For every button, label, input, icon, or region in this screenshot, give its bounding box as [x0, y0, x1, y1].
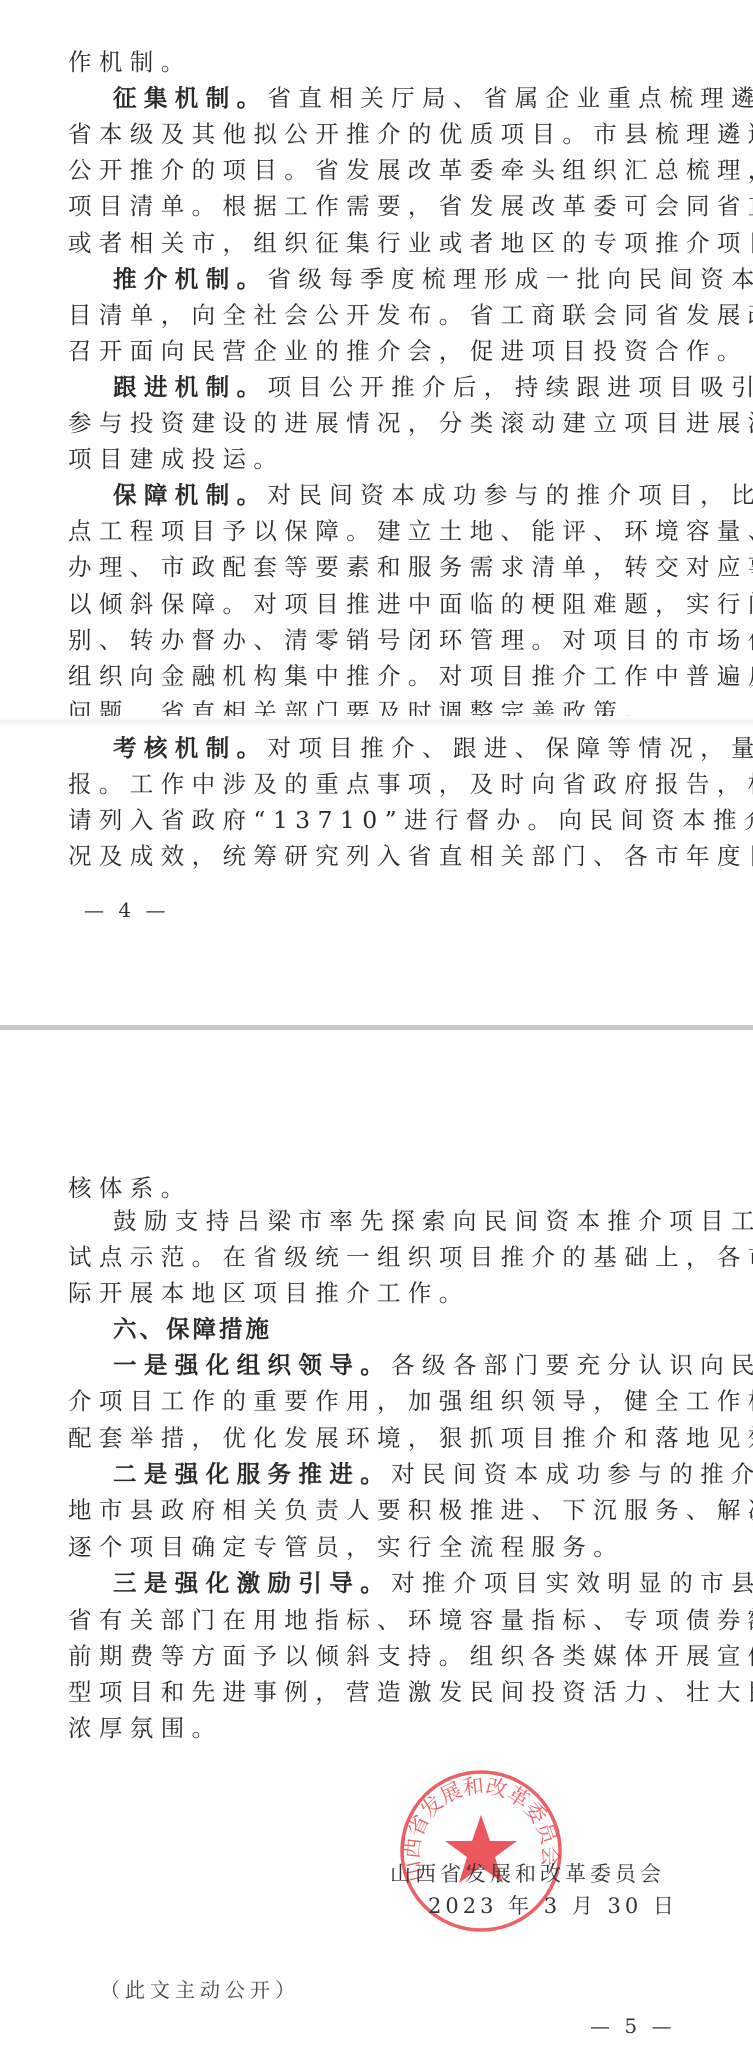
paragraph-text: 浓厚氛围。 — [68, 1714, 223, 1742]
paragraph-lead: 跟进机制。 — [113, 373, 268, 401]
text-line: 项目清单。根据工作需要，省发展改革委可会同省直相关厅局 — [68, 190, 658, 222]
paragraph-text: 目清单，向全社会公开发布。省工商联会同省发展改革委组织 — [68, 301, 753, 329]
paragraph-text: 项目建成投运。 — [68, 445, 284, 473]
text-line: 际开展本地区项目推介工作。 — [68, 1277, 658, 1309]
paragraph-text: 点工程项目予以保障。建立土地、能评、环境容量、前期手续 — [68, 517, 753, 545]
paragraph-text: 或者相关市，组织征集行业或者地区的专项推介项目。 — [68, 229, 753, 257]
paragraph-text: 作机制。 — [68, 48, 192, 76]
text-line: 召开面向民营企业的推介会，促进项目投资合作。 — [68, 335, 658, 367]
paragraph-text: 对推介项目实效明显的市县、开发区， — [391, 1569, 753, 1597]
text-line: 配套举措，优化发展环境，狠抓项目推介和落地见效。 — [68, 1422, 658, 1454]
text-line: 况及成效，统筹研究列入省直相关部门、各市年度目标责任考 — [68, 840, 658, 872]
paragraph-text: 参与投资建设的进展情况，分类滚动建立项目进展清单，促进 — [68, 409, 753, 437]
scan-artifact-band — [0, 716, 753, 726]
text-line: 别、转办督办、清零销号闭环管理。对项目的市场化融资需求， — [68, 624, 658, 656]
text-line: 浓厚氛围。 — [68, 1712, 658, 1744]
text-line: 鼓励支持吕梁市率先探索向民间资本推介项目工作，开展 — [113, 1205, 658, 1237]
paragraph-text: 以倾斜保障。对项目推进中面临的梗阻难题，实行问题收集甄 — [68, 590, 753, 618]
paragraph-text: 核体系。 — [68, 1174, 192, 1202]
page-number-4: — 4 — — [84, 898, 169, 922]
paragraph-text: 各级各部门要充分认识向民间资本推 — [391, 1351, 753, 1379]
disclosure-note: （此文主动公开） — [100, 1974, 300, 2003]
text-line: 介项目工作的重要作用，加强组织领导，健全工作机制，细化 — [68, 1385, 658, 1417]
text-line: 地市县政府相关负责人要积极推进、下沉服务、解决难题，并 — [68, 1494, 658, 1526]
paragraph-lead: 二是强化服务推进。 — [113, 1460, 391, 1488]
signature-date: 2023 年 3 月 30 日 — [428, 1890, 678, 1920]
paragraph-text: 介项目工作的重要作用，加强组织领导，健全工作机制，细化 — [68, 1387, 753, 1415]
text-line: 考核机制。对项目推介、跟进、保障等情况，量化排队通 — [113, 732, 658, 764]
paragraph-text: 前期费等方面予以倾斜支持。组织各类媒体开展宣传，挖掘典 — [68, 1642, 753, 1670]
text-line: 试点示范。在省级统一组织项目推介的基础上，各市要根据实 — [68, 1241, 658, 1273]
text-line: 点工程项目予以保障。建立土地、能评、环境容量、前期手续 — [68, 515, 658, 547]
paragraph-lead: 推介机制。 — [113, 265, 268, 293]
text-line: 核体系。 — [68, 1172, 658, 1204]
paragraph-lead: 保障机制。 — [113, 481, 268, 509]
text-line: 一是强化组织领导。各级各部门要充分认识向民间资本推 — [113, 1349, 658, 1381]
paragraph-text: 鼓励支持吕梁市率先探索向民间资本推介项目工作，开展 — [113, 1207, 753, 1235]
paragraph-text: 报。工作中涉及的重点事项，及时向省政府报告，相关事项报 — [68, 770, 753, 798]
text-line: 省有关部门在用地指标、环境容量指标、专项债券额度、项目 — [68, 1604, 658, 1636]
signature-organization: 山西省发展和改革委员会 — [390, 1858, 665, 1888]
text-line: 省本级及其他拟公开推介的优质项目。市县梳理遴选本地区拟 — [68, 118, 658, 150]
text-line: 保障机制。对民间资本成功参与的推介项目，比照省级重 — [113, 479, 658, 511]
paragraph-lead: 三是强化激励引导。 — [113, 1569, 391, 1597]
paragraph-text: 项目公开推介后，持续跟进项目吸引民间资本 — [268, 373, 753, 401]
paragraph-text: 对民间资本成功参与的推介项目，属 — [391, 1460, 753, 1488]
paragraph-text: 省级每季度梳理形成一批向民间资本推介的项 — [268, 265, 753, 293]
paragraph-text: 别、转办督办、清零销号闭环管理。对项目的市场化融资需求， — [68, 626, 753, 654]
paragraph-text: 请列入省政府“13710”进行督办。向民间资本推介项目工作情 — [68, 806, 753, 834]
paragraph-text: 省直相关厅局、省属企业重点梳理遴选本行业 — [268, 84, 753, 112]
text-line: 型项目和先进事例，营造激发民间投资活力、壮大民营经济的 — [68, 1676, 658, 1708]
text-line: 公开推介的项目。省发展改革委牵头组织汇总梳理，形成推介 — [68, 154, 658, 186]
paragraph-text: 型项目和先进事例，营造激发民间投资活力、壮大民营经济的 — [68, 1678, 753, 1706]
paragraph-text: 公开推介的项目。省发展改革委牵头组织汇总梳理，形成推介 — [68, 156, 753, 184]
paragraph-text: 组织向金融机构集中推介。对项目推介工作中普遍反映的共性 — [68, 662, 753, 690]
text-line: 作机制。 — [68, 46, 658, 78]
text-line: 请列入省政府“13710”进行督办。向民间资本推介项目工作情 — [68, 804, 658, 836]
paragraph-text: 省本级及其他拟公开推介的优质项目。市县梳理遴选本地区拟 — [68, 120, 753, 148]
paragraph-text: 试点示范。在省级统一组织项目推介的基础上，各市要根据实 — [68, 1243, 753, 1271]
section-heading: 六、保障措施 — [113, 1315, 272, 1343]
document-page-4: 作机制。征集机制。省直相关厅局、省属企业重点梳理遴选本行业省本级及其他拟公开推介… — [0, 0, 753, 1025]
page-number-5: — 5 — — [590, 2014, 675, 2038]
text-line: 三是强化激励引导。对推介项目实效明显的市县、开发区， — [113, 1567, 658, 1599]
paragraph-text: 际开展本地区项目推介工作。 — [68, 1279, 470, 1307]
text-line: 征集机制。省直相关厅局、省属企业重点梳理遴选本行业 — [113, 82, 658, 114]
text-line: 项目建成投运。 — [68, 443, 658, 475]
paragraph-lead: 考核机制。 — [113, 734, 268, 762]
paragraph-text: 对民间资本成功参与的推介项目，比照省级重 — [268, 481, 753, 509]
text-line: 跟进机制。项目公开推介后，持续跟进项目吸引民间资本 — [113, 371, 658, 403]
text-line: 逐个项目确定专管员，实行全流程服务。 — [68, 1531, 658, 1563]
paragraph-text: 况及成效，统筹研究列入省直相关部门、各市年度目标责任考 — [68, 842, 753, 870]
paragraph-text: 召开面向民营企业的推介会，促进项目投资合作。 — [68, 337, 748, 365]
text-line: 以倾斜保障。对项目推进中面临的梗阻难题，实行问题收集甄 — [68, 588, 658, 620]
paragraph-lead: 一是强化组织领导。 — [113, 1351, 391, 1379]
text-line: 组织向金融机构集中推介。对项目推介工作中普遍反映的共性 — [68, 660, 658, 692]
paragraph-text: 省有关部门在用地指标、环境容量指标、专项债券额度、项目 — [68, 1606, 753, 1634]
text-line: 六、保障措施 — [113, 1313, 658, 1345]
paragraph-lead: 征集机制。 — [113, 84, 268, 112]
text-line: 前期费等方面予以倾斜支持。组织各类媒体开展宣传，挖掘典 — [68, 1640, 658, 1672]
paragraph-text: 办理、市政配套等要素和服务需求清单，转交对应事权部门予 — [68, 553, 753, 581]
text-line: 或者相关市，组织征集行业或者地区的专项推介项目。 — [68, 227, 658, 259]
text-line: 报。工作中涉及的重点事项，及时向省政府报告，相关事项报 — [68, 768, 658, 800]
text-line: 推介机制。省级每季度梳理形成一批向民间资本推介的项 — [113, 263, 658, 295]
text-line: 参与投资建设的进展情况，分类滚动建立项目进展清单，促进 — [68, 407, 658, 439]
paragraph-text: 配套举措，优化发展环境，狠抓项目推介和落地见效。 — [68, 1424, 753, 1452]
paragraph-text: 逐个项目确定专管员，实行全流程服务。 — [68, 1533, 624, 1561]
text-line: 办理、市政配套等要素和服务需求清单，转交对应事权部门予 — [68, 551, 658, 583]
text-line: 目清单，向全社会公开发布。省工商联会同省发展改革委组织 — [68, 299, 658, 331]
paragraph-text: 地市县政府相关负责人要积极推进、下沉服务、解决难题，并 — [68, 1496, 753, 1524]
paragraph-text: 对项目推介、跟进、保障等情况，量化排队通 — [268, 734, 753, 762]
paragraph-text: 项目清单。根据工作需要，省发展改革委可会同省直相关厅局 — [68, 192, 753, 220]
text-line: 二是强化服务推进。对民间资本成功参与的推介项目，属 — [113, 1458, 658, 1490]
